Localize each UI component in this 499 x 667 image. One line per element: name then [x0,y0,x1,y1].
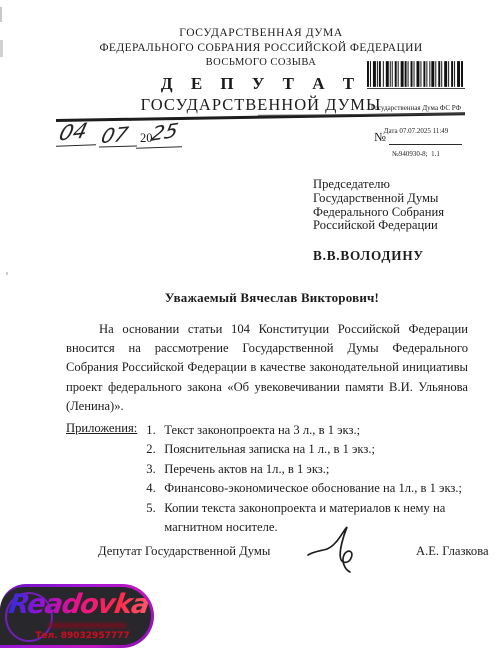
addressee-name: В.В.ВОЛОДИНУ [313,248,424,264]
handwritten-month: 07 [99,122,131,148]
readovka-watermark-inner: Readovka Тел. 89032957777 [0,587,151,645]
handwritten-day: 04 [57,118,90,145]
date-underline [99,146,137,148]
attachments-list: 1. Текст законопроекта на 3 л., в 1 экз.… [146,421,471,537]
addressee-line: Российской Федерации [313,219,444,233]
addressee-line: Федерального Собрания [313,206,444,220]
body-paragraph: На основании статьи 104 Конституции Росс… [66,320,468,416]
addressee-line: Государственной Думы [313,192,444,206]
barcode-icon [367,61,463,87]
scanned-letter-page: ГОСУДАРСТВЕННАЯ ДУМА ФЕДЕРАЛЬНОГО СОБРАН… [0,0,499,667]
readovka-blurred-text [48,623,126,628]
letterhead-org-line1: ГОСУДАРСТВЕННАЯ ДУМА [22,27,499,39]
registration-stamp: Государственная Дума ФС РФ Дата 07.07.20… [367,61,465,174]
signature-icon [305,524,363,576]
date-underline [136,146,182,149]
handwritten-year: 25 [149,118,180,146]
scan-artifact [0,7,2,22]
number-underline [389,144,462,145]
attachments-block: Приложения: 1. Текст законопроекта на 3 … [66,421,471,537]
signer-name: А.Е. Глазкова [416,544,489,559]
attachments-label: Приложения: [66,421,137,436]
addressee-line: Председателю [313,178,444,192]
readovka-watermark: Readovka Тел. 89032957777 [0,584,154,648]
readovka-phone: Тел. 89032957777 [0,631,151,641]
signer-position: Депутат Государственной Думы [98,544,270,559]
addressee-block: Председателю Государственной Думы Федера… [313,178,444,233]
salutation: Уважаемый Вячеслав Викторович! [66,290,478,306]
attachment-item: 2. Пояснительная записка на 1 л., в 1 эк… [146,440,471,459]
letterhead-org-line2: ФЕДЕРАЛЬНОГО СОБРАНИЯ РОССИЙСКОЙ ФЕДЕРАЦ… [22,42,499,54]
scan-artifact [0,40,3,57]
attachment-item: 1. Текст законопроекта на 3 л., в 1 экз.… [146,421,471,440]
number-label: № [374,130,386,145]
attachment-item: 3. Перечень актов на 1л., в 1 экз.; [146,460,471,479]
stamp-number: №940930-8; 1.1 [367,151,465,159]
readovka-brand: Readovka [7,589,151,620]
date-underline [56,144,96,147]
attachment-item: 4. Финансово-экономическое обоснование н… [146,479,471,498]
scan-artifact [6,272,8,275]
